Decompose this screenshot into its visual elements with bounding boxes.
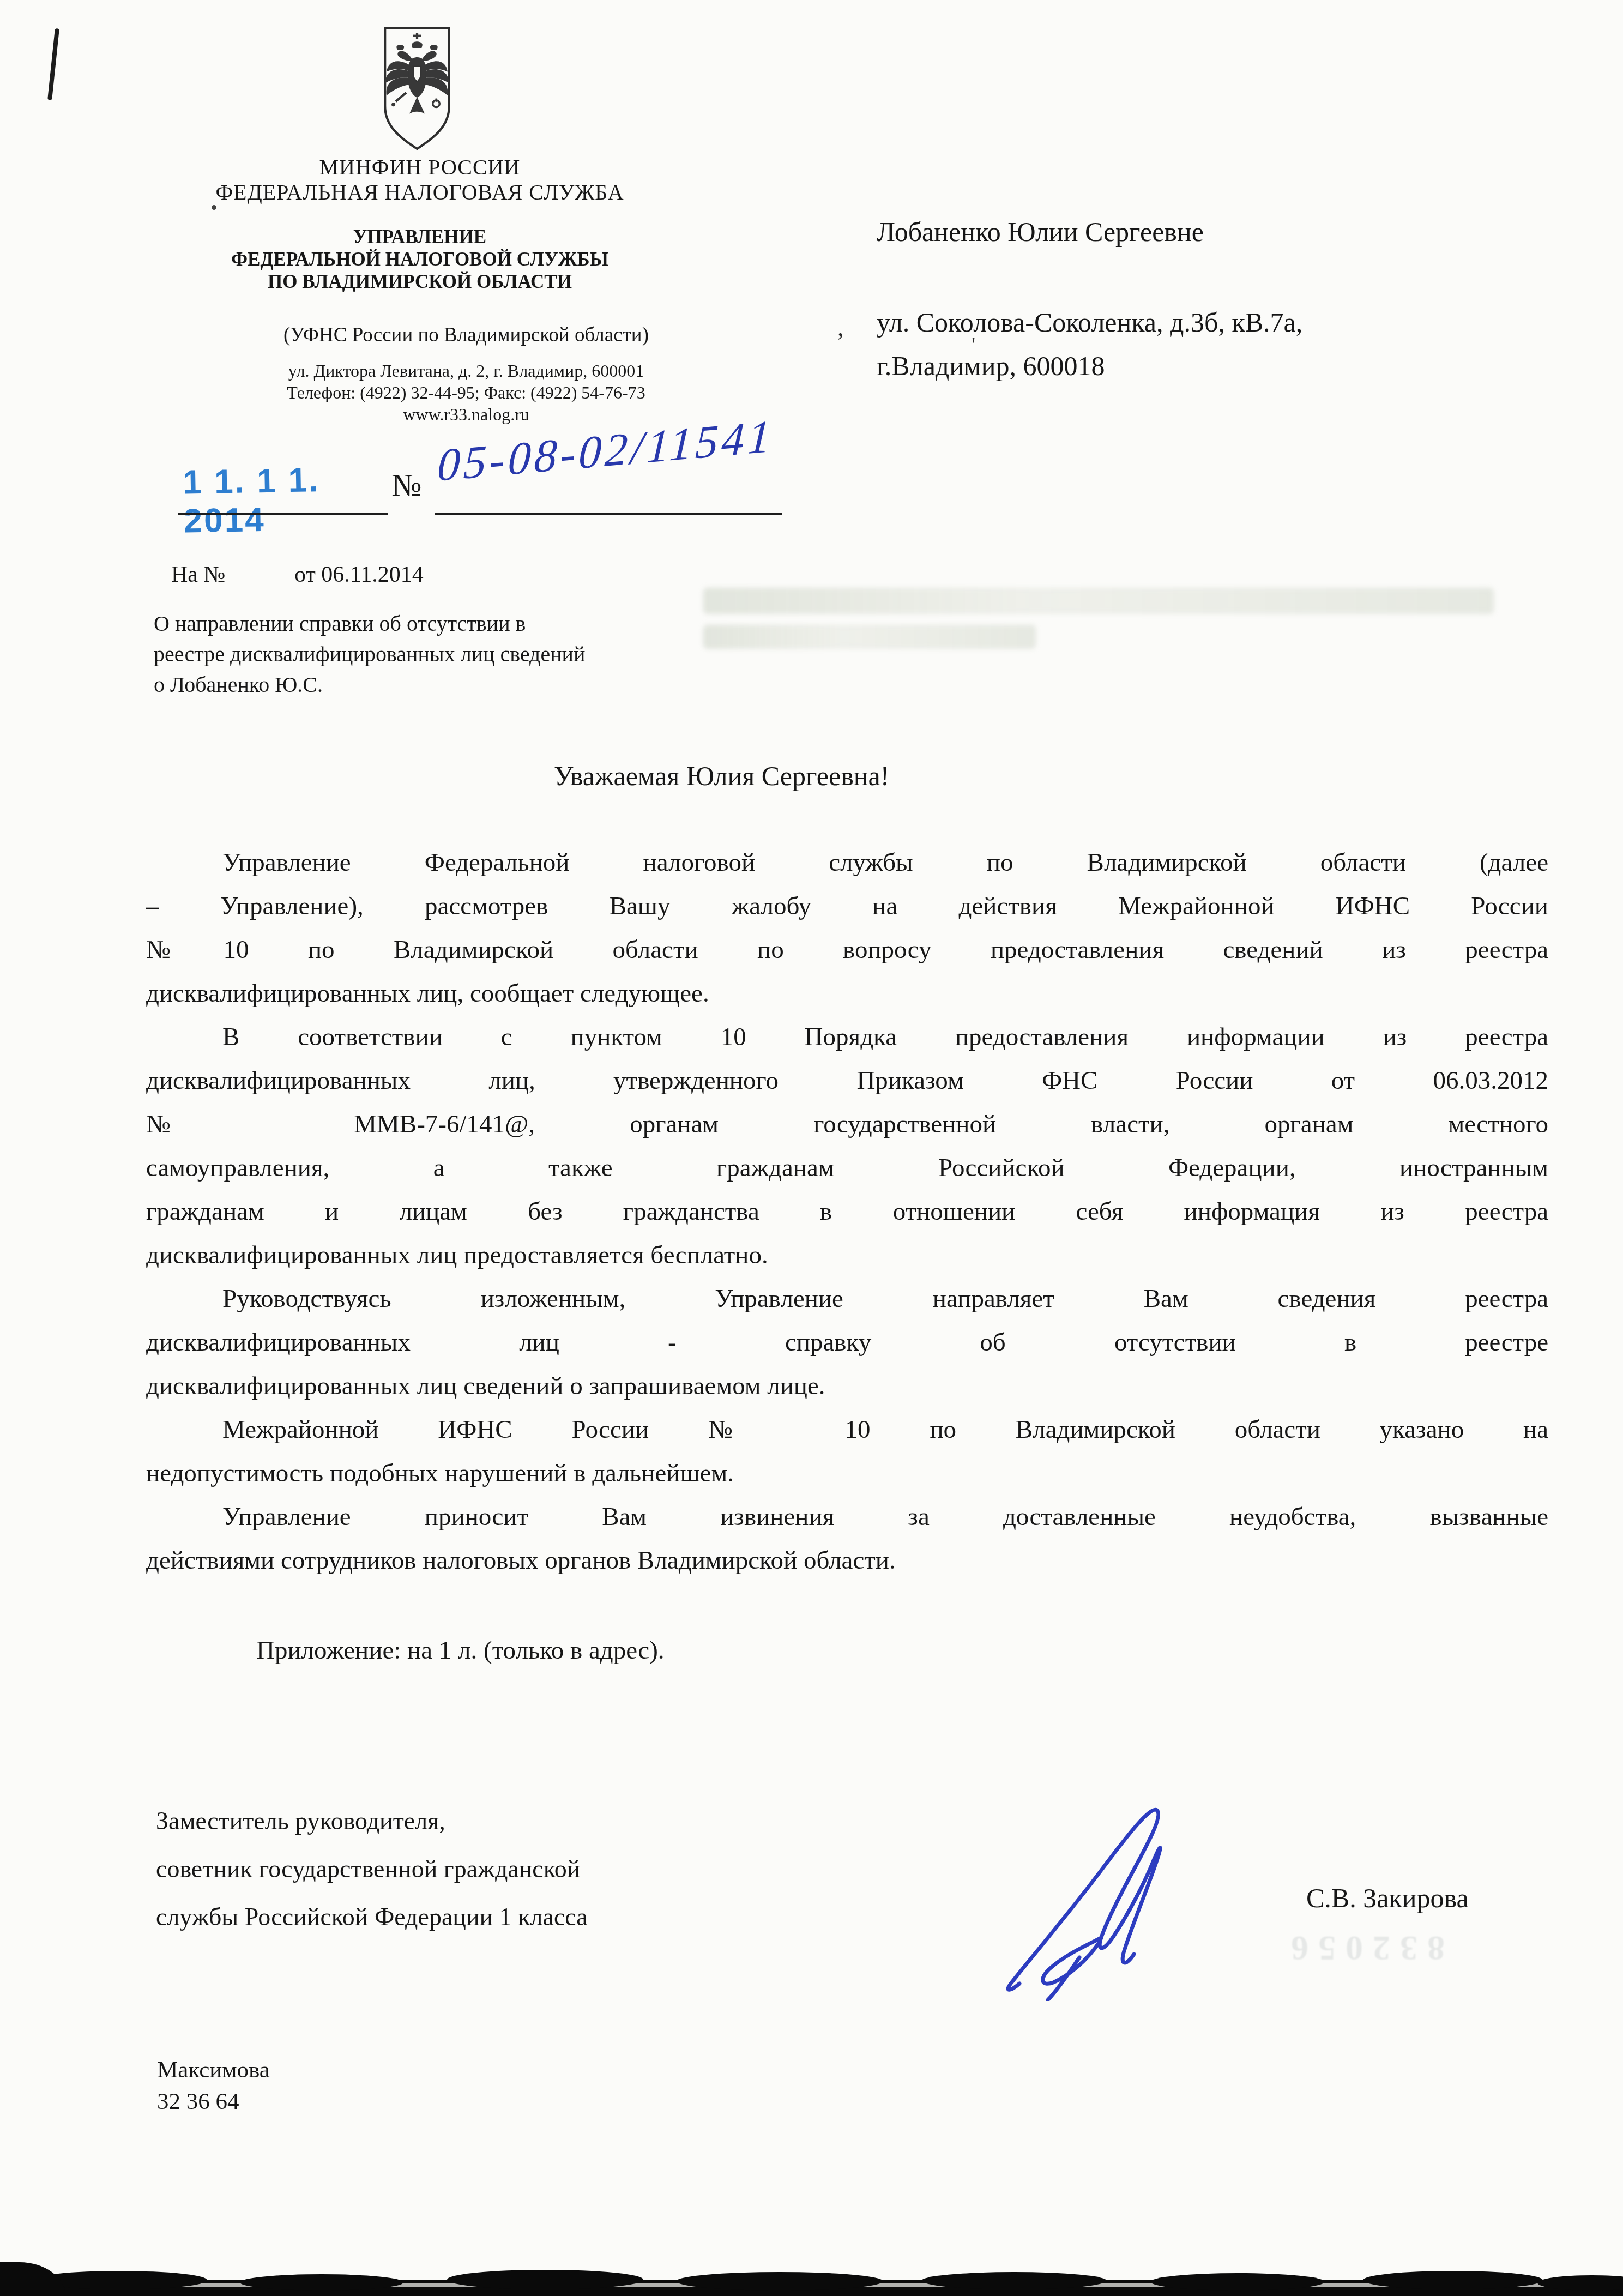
body-line: недопустимость подобных нарушений в даль… xyxy=(146,1451,1548,1495)
body-line: В соответствии с пунктом 10 Порядка пред… xyxy=(146,1015,1548,1059)
subject-line: О направлении справки об отсутствии в xyxy=(154,608,808,639)
body-line: Управление приносит Вам извинения за дос… xyxy=(146,1495,1548,1539)
letter-body: Управление Федеральной налоговой службы … xyxy=(146,841,1548,1582)
recipient-address-line2: г.Владимир, 600018 xyxy=(877,350,1105,382)
body-line: дисквалифицированных лиц, сообщает следу… xyxy=(146,972,1548,1015)
body-line: действиями сотрудников налоговых органов… xyxy=(146,1539,1548,1582)
scanned-letter-page: МИНФИН РОССИИ ФЕДЕРАЛЬНАЯ НАЛОГОВАЯ СЛУЖ… xyxy=(0,0,1623,2296)
scan-edge-bump xyxy=(240,2274,403,2291)
scan-edge-bump xyxy=(921,2272,1107,2289)
reply-date: от 06.11.2014 xyxy=(294,562,424,588)
signer-position-line: Заместитель руководителя, xyxy=(156,1797,919,1845)
recipient-name: Лобаненко Юлии Сергеевне xyxy=(877,216,1204,248)
recipient-address-line1: ул. Соколова-Соколенка, д.3б, кВ.7а, xyxy=(877,306,1302,338)
date-stamp: 1 1. 1 1. 2014 xyxy=(183,460,402,541)
subject-line: о Лобаненко Ю.С. xyxy=(154,670,808,700)
scan-edge-bump xyxy=(447,2270,643,2289)
scan-edge-bump xyxy=(676,2272,883,2291)
executor-name: Максимова xyxy=(157,2054,270,2086)
stray-comma-mark: , xyxy=(837,313,844,342)
salutation: Уважаемая Юлия Сергеевна! xyxy=(554,760,889,792)
office-name-line1: УПРАВЛЕНИЕ xyxy=(213,226,627,248)
office-name-line3: ПО ВЛАДИМИРСКОЙ ОБЛАСТИ xyxy=(213,270,627,293)
scan-edge-bump xyxy=(1150,2273,1325,2291)
body-line: – Управление), рассмотрев Вашу жалобу на… xyxy=(146,884,1548,928)
ghost-digits: 832056 xyxy=(1281,1928,1445,1968)
office-name-line2: ФЕДЕРАЛЬНОЙ НАЛОГОВОЙ СЛУЖБЫ xyxy=(213,248,627,270)
coat-of-arms-icon xyxy=(379,25,455,155)
body-line: Руководствуясь изложенным, Управление на… xyxy=(146,1277,1548,1321)
subject-block: О направлении справки об отсутствии в ре… xyxy=(154,608,808,700)
ghost-text-bar xyxy=(703,588,1494,614)
reply-number-label: На № xyxy=(171,562,226,588)
signer-position-line: службы Российской Федерации 1 класса xyxy=(156,1893,919,1941)
number-underline xyxy=(435,513,782,515)
executor-phone: 32 36 64 xyxy=(157,2086,270,2118)
subject-line: реестре дисквалифицированных лиц сведени… xyxy=(154,639,808,670)
pen-mark xyxy=(47,28,59,100)
attachment-note: Приложение: на 1 л. (только в адрес). xyxy=(256,1636,665,1665)
signer-position: Заместитель руководителя, советник госуд… xyxy=(156,1797,919,1941)
ministry-name: МИНФИН РОССИИ xyxy=(213,155,627,180)
office-name: УПРАВЛЕНИЕ ФЕДЕРАЛЬНОЙ НАЛОГОВОЙ СЛУЖБЫ … xyxy=(213,226,627,293)
tax-service-name: ФЕДЕРАЛЬНАЯ НАЛОГОВАЯ СЛУЖБА xyxy=(213,180,627,205)
office-abbrev: (УФНС России по Владимирской области) xyxy=(234,323,698,348)
signature-stroke xyxy=(987,1777,1221,2004)
letterhead-details: (УФНС России по Владимирской области) ул… xyxy=(234,323,698,425)
scan-corner-wedge xyxy=(0,2262,65,2296)
body-line: Межрайонной ИФНС России № 10 по Владимир… xyxy=(146,1408,1548,1451)
body-line: №10 по Владимирской области по вопросу п… xyxy=(146,928,1548,972)
date-underline xyxy=(178,513,388,515)
executor-block: Максимова 32 36 64 xyxy=(157,2054,270,2118)
body-line: дисквалифицированных лиц - справку об от… xyxy=(146,1321,1548,1364)
body-line: самоуправления, а также гражданам Россий… xyxy=(146,1146,1548,1190)
number-sign: № xyxy=(391,467,421,503)
signer-position-line: советник государственной гражданской xyxy=(156,1845,919,1893)
signer-name: С.В. Закирова xyxy=(1306,1882,1469,1914)
body-line: дисквалифицированных лиц предоставляется… xyxy=(146,1233,1548,1277)
body-line: дисквалифицированных лиц, утвержденного … xyxy=(146,1059,1548,1102)
body-line: гражданам и лицам без гражданства в отно… xyxy=(146,1190,1548,1233)
office-phone: Телефон: (4922) 32-44-95; Факс: (4922) 5… xyxy=(234,382,698,403)
ink-dot xyxy=(212,205,216,210)
scan-edge-bump xyxy=(1363,2271,1543,2289)
letterhead-top: МИНФИН РОССИИ ФЕДЕРАЛЬНАЯ НАЛОГОВАЯ СЛУЖ… xyxy=(213,155,627,205)
body-line: Управление Федеральной налоговой службы … xyxy=(146,841,1548,884)
body-line: № ММВ-7-6/141@, органам государственной … xyxy=(146,1102,1548,1146)
body-line: дисквалифицированных лиц сведений о запр… xyxy=(146,1364,1548,1408)
office-address: ул. Диктора Левитана, д. 2, г. Владимир,… xyxy=(234,360,698,382)
